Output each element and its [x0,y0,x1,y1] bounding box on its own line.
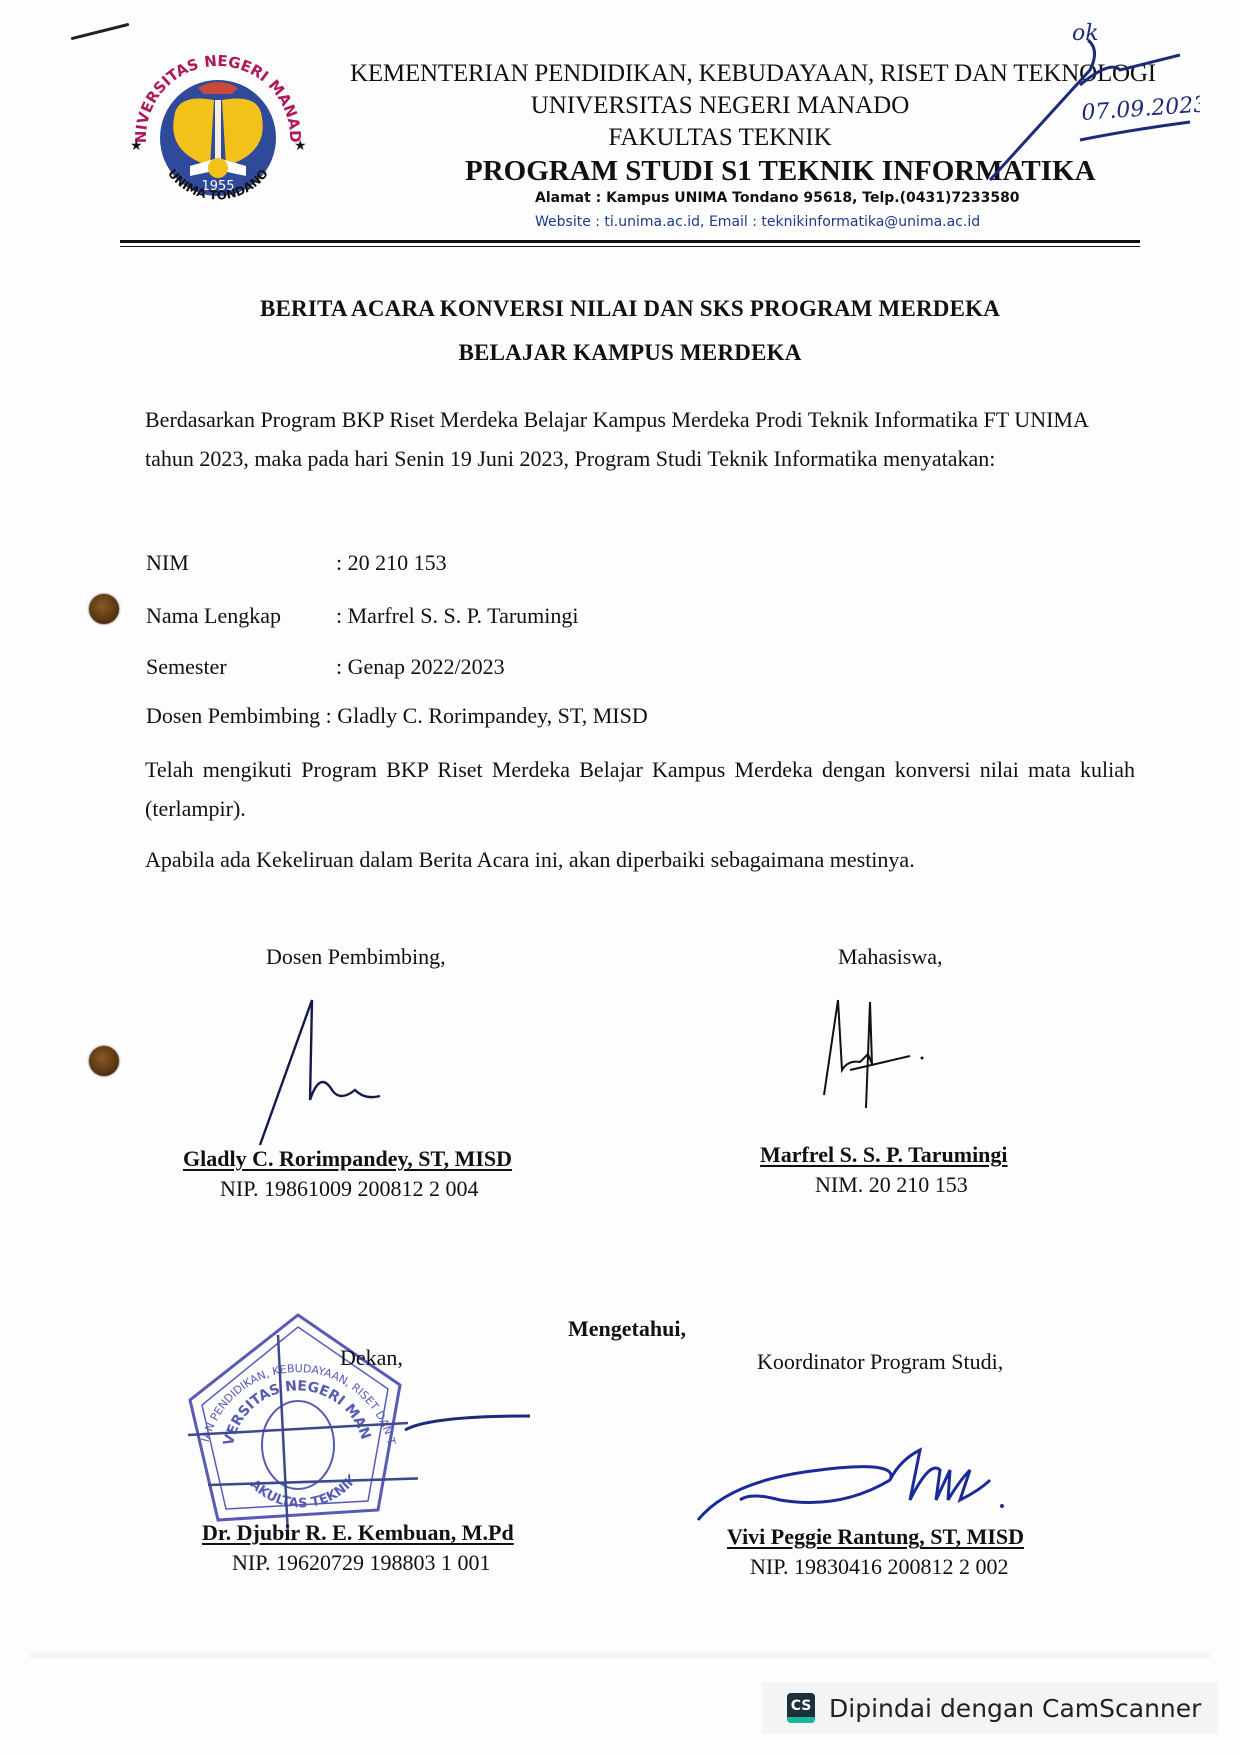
svg-text:★: ★ [130,139,143,154]
document-page: 1955 UNIVERSITAS NEGERI MANADO UNIMA TON… [0,0,1240,1755]
svg-text:07.09.2023: 07.09.2023 [1081,92,1200,126]
intro-paragraph: Berdasarkan Program BKP Riset Merdeka Be… [145,400,1135,478]
field-value: : Genap 2022/2023 [336,654,505,680]
address-line: Alamat : Kampus UNIMA Tondano 95618, Tel… [535,190,1035,206]
coordinator-nip: NIP. 19830416 200812 2 002 [750,1554,1009,1580]
camscanner-logo-icon: CS [787,1693,815,1723]
student-name: Marfrel S. S. P. Tarumingi [760,1142,1008,1168]
student-nim: NIM. 20 210 153 [815,1172,968,1198]
university-name: UNIVERSITAS NEGERI MANADO [520,92,920,120]
dean-nip: NIP. 19620729 198803 1 001 [232,1550,491,1576]
document-title-line-2: BELAJAR KAMPUS MERDEKA [130,340,1130,366]
svg-text:★: ★ [294,139,307,154]
document-title-line-1: BERITA ACARA KONVERSI NILAI DAN SKS PROG… [130,296,1130,322]
field-semester: Semester: Genap 2022/2023 [146,654,505,680]
university-logo: 1955 UNIVERSITAS NEGERI MANADO UNIMA TON… [118,38,318,218]
advisor-signature [240,990,400,1150]
field-full-name: Nama Lengkap: Marfrel S. S. P. Tarumingi [146,603,579,629]
student-role: Mahasiswa, [838,944,942,970]
camscanner-watermark: CS Dipindai dengan CamScanner [762,1682,1218,1734]
field-advisor: Dosen Pembimbing : Gladly C. Rorimpandey… [146,703,648,729]
dean-signature [400,1410,540,1470]
letterhead-rule [120,240,1140,243]
letterhead-rule-thin [120,246,1140,247]
coordinator-role: Koordinator Program Studi, [757,1349,1003,1375]
closing-paragraph: Apabila ada Kekeliruan dalam Berita Acar… [145,840,1135,879]
advisor-name: Gladly C. Rorimpandey, ST, MISD [183,1146,512,1172]
field-label: Nama Lengkap [146,603,336,629]
handwritten-approval-annotation: ok 07.09.2023 [960,10,1200,190]
coordinator-signature [690,1440,1050,1530]
faculty-stamp: KEMENTERIAN PENDIDIKAN, KEBUDAYAAN, RISE… [178,1305,418,1545]
statement-paragraph: Telah mengikuti Program BKP Riset Merdek… [145,750,1135,828]
scan-edge [30,1650,1210,1658]
coordinator-name: Vivi Peggie Rantung, ST, MISD [727,1524,1024,1550]
faculty-name: FAKULTAS TEKNIK [520,124,920,152]
field-label: Semester [146,654,336,680]
field-nim: NIM: 20 210 153 [146,550,447,576]
svg-text:ok: ok [1072,21,1099,46]
punch-hole [89,594,119,624]
advisor-role: Dosen Pembimbing, [266,944,446,970]
field-value: : 20 210 153 [336,550,447,576]
punch-hole [89,1046,119,1076]
field-label: Dosen Pembimbing [146,703,320,729]
field-value: : Marfrel S. S. P. Tarumingi [336,603,579,629]
acknowledged-label: Mengetahui, [568,1316,686,1342]
dean-name: Dr. Djubir R. E. Kembuan, M.Pd [202,1520,514,1546]
contact-line: Website : ti.unima.ac.id, Email : teknik… [535,214,1035,230]
camscanner-text: Dipindai dengan CamScanner [829,1694,1201,1723]
field-label: NIM [146,550,336,576]
dean-role: Dekan, [340,1345,403,1371]
advisor-nip: NIP. 19861009 200812 2 004 [220,1176,479,1202]
student-signature [810,990,950,1120]
field-value: : Gladly C. Rorimpandey, ST, MISD [326,703,648,729]
